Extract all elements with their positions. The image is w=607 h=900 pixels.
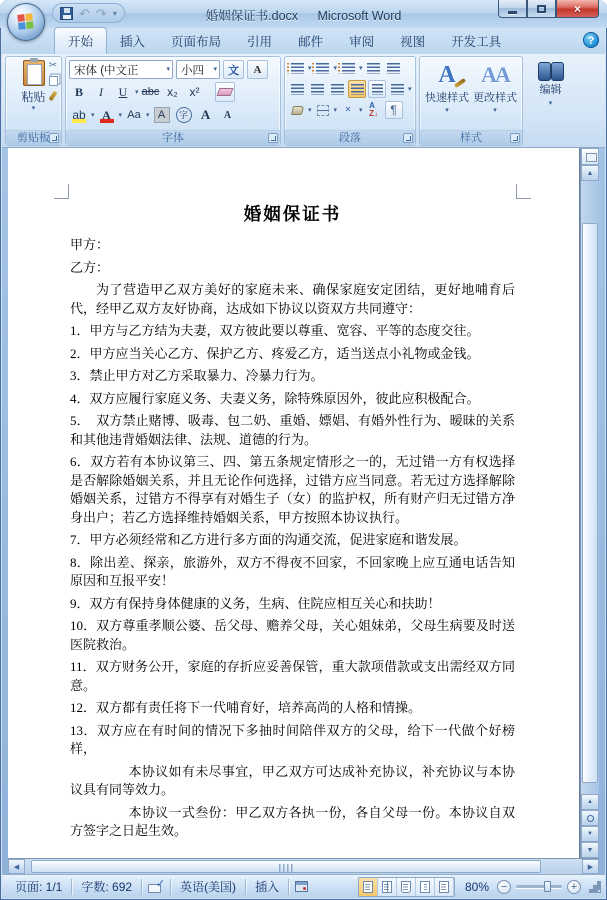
- help-button[interactable]: ?: [583, 32, 599, 48]
- paragraph: 3．禁止甲方对乙方采取暴力、冷暴力行为。: [70, 367, 515, 386]
- paragraph: 7．甲方必须经常和乙方进行多方面的沟通交流，促进家庭和谐发展。: [70, 531, 515, 550]
- change-styles-icon: AA: [481, 62, 509, 88]
- sort-button[interactable]: AZ↓: [365, 101, 383, 119]
- scroll-up-icon[interactable]: ▲: [581, 165, 599, 181]
- macro-record-icon[interactable]: [295, 881, 308, 892]
- vertical-scrollbar[interactable]: ▲ ▲ ▼ ▼: [580, 148, 599, 858]
- shrink-font-button[interactable]: A: [218, 105, 238, 125]
- enclose-characters-button[interactable]: 字: [174, 105, 194, 125]
- text-highlight-button[interactable]: ab: [69, 105, 89, 125]
- title-bar: ↶ ↷ ▾ 婚姻保证书.docx Microsoft Word ×: [0, 0, 607, 28]
- language-indicator[interactable]: 英语(美国): [171, 878, 245, 895]
- clipboard-group: 粘贴 ▾ ✂ 剪贴板: [5, 56, 62, 146]
- horizontal-scroll-thumb[interactable]: [31, 860, 541, 873]
- quick-styles-icon: A: [438, 62, 455, 88]
- scroll-left-icon[interactable]: ◀: [8, 859, 25, 874]
- paragraph: 6．双方若有本协议第三、四、第五条规定情形之一的，无过错一方有权选择是否解除婚姻…: [70, 453, 515, 527]
- find-binoculars-icon: [538, 62, 564, 79]
- paragraph: 为了营造甲乙双方美好的家庭未来、确保家庭安定团结，更好地哺育后代，经甲乙双方友好…: [70, 281, 515, 318]
- numbering-dropdown-icon[interactable]: ▾: [334, 65, 338, 72]
- close-button[interactable]: ×: [556, 0, 599, 18]
- horizontal-scroll-track[interactable]: [25, 859, 582, 874]
- ribbon-tabs: 开始插入页面布局引用邮件审阅视图开发工具: [2, 28, 605, 54]
- paragraph-group: ▾ ▾ ▾ ▾: [284, 56, 416, 146]
- paragraph: 11．双方财务公开，家庭的存折应妥善保管，重大款项借款或支出需经双方同意。: [70, 658, 515, 695]
- decrease-indent-button[interactable]: [365, 59, 383, 77]
- subscript-button[interactable]: x₂: [163, 82, 183, 102]
- tab-mailings[interactable]: 邮件: [285, 28, 336, 54]
- font-color-button[interactable]: A: [97, 105, 117, 125]
- align-right-button[interactable]: [328, 80, 346, 98]
- minimize-button[interactable]: [498, 0, 527, 18]
- tab-review[interactable]: 审阅: [336, 28, 387, 54]
- character-border-button[interactable]: A: [247, 60, 268, 79]
- copy-icon[interactable]: [49, 76, 58, 86]
- word-window: ↶ ↷ ▾ 婚姻保证书.docx Microsoft Word × 开始插入页面…: [0, 0, 607, 900]
- paragraph-group-label: 段落: [285, 130, 415, 145]
- document-body: 甲方：乙方：为了营造甲乙双方美好的家庭未来、确保家庭安定团结，更好地哺育后代，经…: [70, 236, 515, 841]
- font-size-dropdown-icon[interactable]: ▾: [213, 66, 217, 73]
- document-filename: 婚姻保证书.docx: [206, 9, 298, 23]
- zoom-slider-track[interactable]: [516, 885, 562, 888]
- view-shortcuts: [358, 877, 455, 897]
- clipboard-dialog-launcher[interactable]: [49, 133, 59, 143]
- underline-button[interactable]: U: [113, 82, 133, 102]
- paragraph: 1．甲方与乙方结为夫妻，双方彼此要以尊重、宽容、平等的态度交往。: [70, 322, 515, 341]
- paragraph: 13．双方应在有时间的情况下多抽时间陪伴双方的父母，给下一代做个好榜样，: [70, 722, 515, 759]
- app-name: Microsoft Word: [318, 9, 402, 23]
- align-center-button[interactable]: [308, 80, 326, 98]
- paste-clipboard-icon: [23, 60, 45, 86]
- change-case-button[interactable]: Aa: [124, 105, 144, 125]
- paragraph: 8．除出差、探亲，旅游外，双方不得夜不回家，不回家晚上应互通电话告知原因和互报平…: [70, 554, 515, 591]
- paragraph: 5． 双方禁止赌博、吸毒、包二奶、重婚、嫖娼、有婚外性行为、暧昧的关系和其他违背…: [70, 412, 515, 449]
- multilevel-list-button[interactable]: [339, 59, 357, 77]
- office-logo-icon: [17, 13, 35, 31]
- change-styles-button[interactable]: AA 更改样式 ▾: [471, 59, 519, 128]
- outline-view-button[interactable]: [416, 878, 435, 896]
- tab-references[interactable]: 引用: [234, 28, 285, 54]
- change-case-dropdown-icon[interactable]: ▾: [146, 112, 150, 119]
- styles-group: A 快速样式 ▾ AA 更改样式 ▾ 样式: [419, 56, 523, 146]
- asian-layout-button[interactable]: ✕: [339, 101, 357, 119]
- character-shading-button[interactable]: A: [152, 105, 172, 125]
- underline-dropdown-icon[interactable]: ▾: [135, 89, 139, 96]
- web-layout-view-button[interactable]: [397, 878, 416, 896]
- margin-cropmark-left: [54, 184, 69, 199]
- document-title: 婚姻保证书: [70, 202, 515, 226]
- highlight-dropdown-icon[interactable]: ▾: [91, 112, 95, 119]
- grow-font-button[interactable]: A: [196, 105, 216, 125]
- word-count[interactable]: 字数: 692: [72, 878, 141, 895]
- proofing-status-icon[interactable]: ✓: [148, 880, 164, 893]
- numbering-button[interactable]: [314, 59, 332, 77]
- font-name-dropdown-icon[interactable]: ▾: [166, 66, 170, 73]
- print-layout-view-button[interactable]: [359, 878, 378, 896]
- page-indicator[interactable]: 页面: 1/1: [6, 878, 71, 895]
- font-dialog-launcher[interactable]: [268, 133, 278, 143]
- margin-cropmark-right: [516, 184, 531, 199]
- superscript-button[interactable]: x²: [185, 82, 205, 102]
- vertical-scroll-track[interactable]: [581, 181, 599, 794]
- editing-group: 编辑 ▾: [526, 56, 575, 146]
- previous-page-button[interactable]: ▲: [581, 794, 599, 810]
- justify-button[interactable]: [348, 80, 366, 98]
- tab-developer[interactable]: 开发工具: [438, 28, 514, 54]
- borders-button[interactable]: [314, 101, 332, 119]
- paragraph: 9．双方有保持身体健康的义务，生病、住院应相互关心和扶助！: [70, 595, 515, 614]
- ribbon: 粘贴 ▾ ✂ 剪贴板 宋体 (中文正 ▾: [2, 54, 605, 148]
- line-spacing-dropdown-icon[interactable]: ▾: [408, 86, 412, 93]
- clipboard-group-label: 剪贴板: [6, 130, 61, 145]
- zoom-out-button[interactable]: −: [497, 880, 511, 894]
- bold-button[interactable]: B: [69, 82, 89, 102]
- paste-dropdown-icon[interactable]: ▾: [12, 105, 56, 112]
- italic-button[interactable]: I: [91, 82, 111, 102]
- horizontal-scrollbar[interactable]: ◀ ▶: [8, 858, 599, 874]
- paragraph: 4．双方应履行家庭义务、夫妻义务，除特殊原因外，彼此应积极配合。: [70, 390, 515, 409]
- borders-dropdown-icon[interactable]: ▾: [334, 107, 338, 114]
- pinyin-guide-button[interactable]: 文: [223, 60, 244, 79]
- bullets-dropdown-icon[interactable]: ▾: [308, 65, 312, 72]
- zoom-level[interactable]: 80%: [465, 880, 489, 894]
- tab-view[interactable]: 视图: [387, 28, 438, 54]
- paragraph: 乙方：: [70, 259, 515, 278]
- maximize-button[interactable]: [527, 0, 556, 18]
- line-spacing-button[interactable]: [388, 80, 406, 98]
- paragraph: 本协议一式叁份：甲乙双方各执一份，各自父母一份。本协议自双方签字之日起生效。: [70, 804, 515, 841]
- increase-indent-button[interactable]: [385, 59, 403, 77]
- resize-grip[interactable]: [589, 881, 601, 893]
- quick-styles-button[interactable]: A 快速样式 ▾: [423, 59, 471, 128]
- tab-insert[interactable]: 插入: [107, 28, 158, 54]
- tab-home[interactable]: 开始: [54, 27, 107, 54]
- asian-layout-dropdown-icon[interactable]: ▾: [359, 107, 363, 114]
- paragraph: 10．双方尊重孝顺公婆、岳父母、赡养父母，关心姐妹弟，父母生病要及时送医院救治。: [70, 617, 515, 654]
- multilevel-dropdown-icon[interactable]: ▾: [359, 65, 363, 72]
- shading-dropdown-icon[interactable]: ▾: [308, 107, 312, 114]
- document-area: 婚姻保证书 甲方：乙方：为了营造甲乙双方美好的家庭未来、确保家庭安定团结，更好地…: [8, 148, 599, 858]
- document-canvas: 婚姻保证书 甲方：乙方：为了营造甲乙双方美好的家庭未来、确保家庭安定团结，更好地…: [8, 148, 580, 858]
- paragraph: 甲方：: [70, 236, 515, 255]
- strikethrough-button[interactable]: abc: [141, 82, 161, 102]
- scroll-down-icon[interactable]: ▼: [581, 842, 599, 858]
- fullscreen-reading-view-button[interactable]: [378, 878, 397, 896]
- zoom-slider-thumb[interactable]: [544, 881, 551, 892]
- scroll-right-icon[interactable]: ▶: [582, 859, 599, 874]
- draft-view-button[interactable]: [435, 878, 454, 896]
- styles-group-label: 样式: [420, 130, 522, 145]
- office-button[interactable]: [7, 3, 45, 41]
- bullets-button[interactable]: [288, 59, 306, 77]
- editing-button[interactable]: 编辑 ▾: [529, 62, 572, 107]
- font-name-combo[interactable]: 宋体 (中文正 ▾: [69, 60, 173, 79]
- distribute-button[interactable]: [368, 80, 386, 98]
- paragraph-dialog-launcher[interactable]: [403, 133, 413, 143]
- clear-formatting-button[interactable]: [215, 82, 235, 102]
- tab-page-layout[interactable]: 页面布局: [158, 28, 234, 54]
- vertical-scroll-thumb[interactable]: [582, 223, 598, 783]
- cut-icon[interactable]: ✂: [49, 61, 57, 71]
- styles-dialog-launcher[interactable]: [510, 133, 520, 143]
- next-page-button[interactable]: ▼: [581, 826, 599, 842]
- paragraph: 本协议如有未尽事宜，甲乙双方可达成补充协议，补充协议与本协议具有同等效力。: [70, 763, 515, 800]
- paragraph: 2．甲方应当关心乙方、保护乙方、疼爱乙方，适当送点小礼物或金钱。: [70, 345, 515, 364]
- font-group: 宋体 (中文正 ▾ 小四 ▾ 文 A B I U ▾ abc x₂: [65, 56, 281, 146]
- window-controls: ×: [498, 0, 599, 18]
- paragraph: 12．双方都有责任将下一代哺育好，培养高尚的人格和情操。: [70, 699, 515, 718]
- format-painter-icon[interactable]: [48, 91, 57, 101]
- insert-mode-indicator[interactable]: 插入: [246, 878, 288, 895]
- shading-button[interactable]: [288, 101, 306, 119]
- document-page[interactable]: 婚姻保证书 甲方：乙方：为了营造甲乙双方美好的家庭未来、确保家庭安定团结，更好地…: [8, 148, 579, 858]
- font-size-combo[interactable]: 小四 ▾: [176, 60, 220, 79]
- select-browse-object-button[interactable]: [581, 810, 599, 826]
- font-group-label: 字体: [66, 130, 280, 145]
- ruler-toggle-button[interactable]: [581, 148, 599, 165]
- eraser-icon: [216, 88, 233, 96]
- show-hide-marks-button[interactable]: ¶: [385, 101, 403, 119]
- status-bar: 页面: 1/1 字数: 692 ✓ 英语(美国) 插入 80% − +: [2, 874, 605, 898]
- zoom-in-button[interactable]: +: [567, 880, 581, 894]
- align-left-button[interactable]: [288, 80, 306, 98]
- font-color-dropdown-icon[interactable]: ▾: [119, 112, 123, 119]
